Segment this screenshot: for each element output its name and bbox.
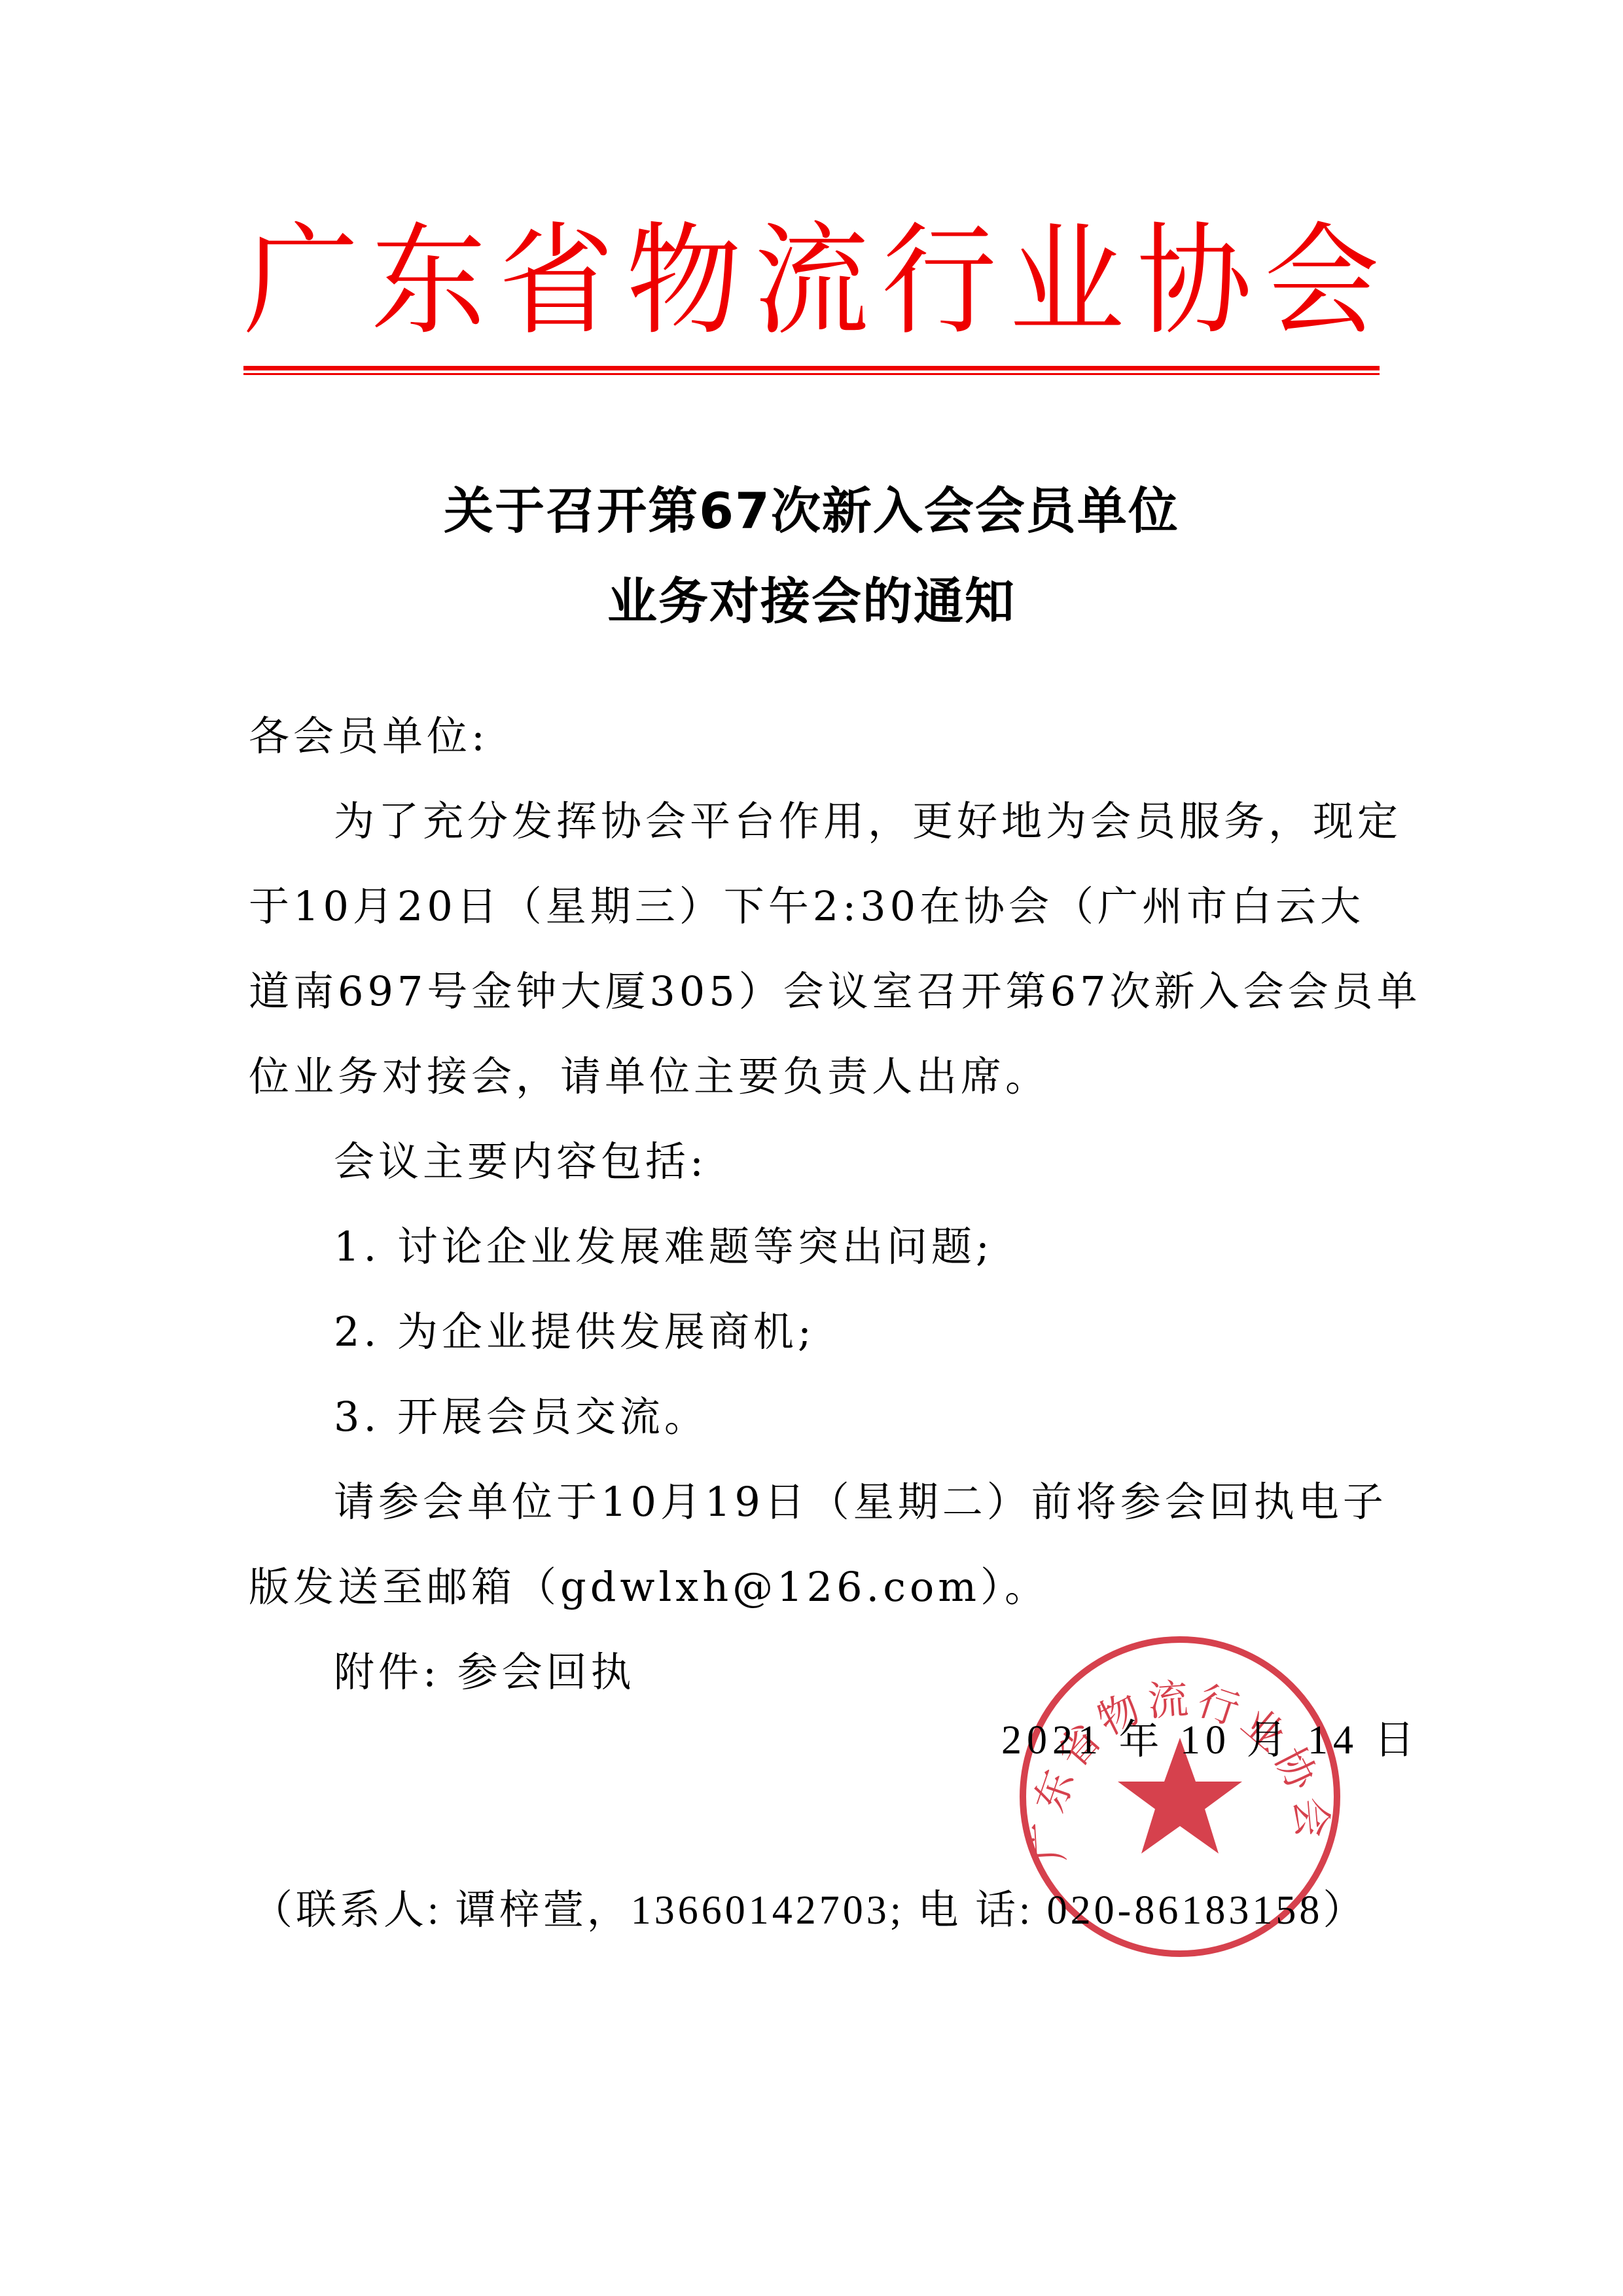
paragraph-1-line: 于10月20日（星期三）下午2:30在协会（广州市白云大 [249,864,1364,949]
document-title-line-1: 关于召开第67次新入会会员单位 [0,471,1623,543]
masthead-char: 会 [1264,213,1380,350]
header-divider-thin [243,373,1380,375]
masthead-char: 广 [243,213,359,350]
masthead-char: 省 [499,213,614,350]
agenda-intro: 会议主要内容包括: [334,1119,707,1204]
paragraph-1-line: 道南697号金钟大厦305）会议室召开第67次新入会会员单 [249,949,1421,1034]
masthead-char: 流 [754,213,869,350]
attachment-note: 附件: 参会回执 [334,1630,635,1715]
document-title-line-2: 业务对接会的通知 [0,562,1623,633]
agenda-item: 2. 为企业提供发展商机; [334,1289,815,1374]
paragraph-2-line: 请参会单位于10月19日（星期二）前将参会回执电子 [334,1460,1387,1545]
document-page: 广 东 省 物 流 行 业 协 会 关于召开第67次新入会会员单位 业务对接会的… [0,0,1623,2296]
agenda-item: 1. 讨论企业发展难题等突出问题; [334,1204,993,1289]
issue-date: 2021 年 10 月 14 日 [1001,1707,1420,1765]
masthead-char: 物 [626,213,741,350]
paragraph-2-line: 版发送至邮箱（gdwlxh@126.com）。 [249,1545,1049,1630]
header-divider-thick [243,366,1380,370]
masthead-char: 协 [1137,213,1252,350]
agenda-item: 3. 开展会员交流。 [334,1374,709,1460]
org-masthead: 广 东 省 物 流 行 业 协 会 [243,216,1380,347]
paragraph-1-line: 为了充分发挥协会平台作用，更好地为会员服务，现定 [334,779,1402,864]
paragraph-1-line: 位业务对接会，请单位主要负责人出席。 [249,1034,1050,1119]
salutation: 各会员单位: [249,694,489,779]
masthead-char: 行 [882,213,997,350]
masthead-char: 业 [1009,213,1124,350]
contact-info: （联系人: 谭梓萱，13660142703; 电 话: 020-86183158… [252,1877,1366,1935]
masthead-char: 东 [371,213,486,350]
